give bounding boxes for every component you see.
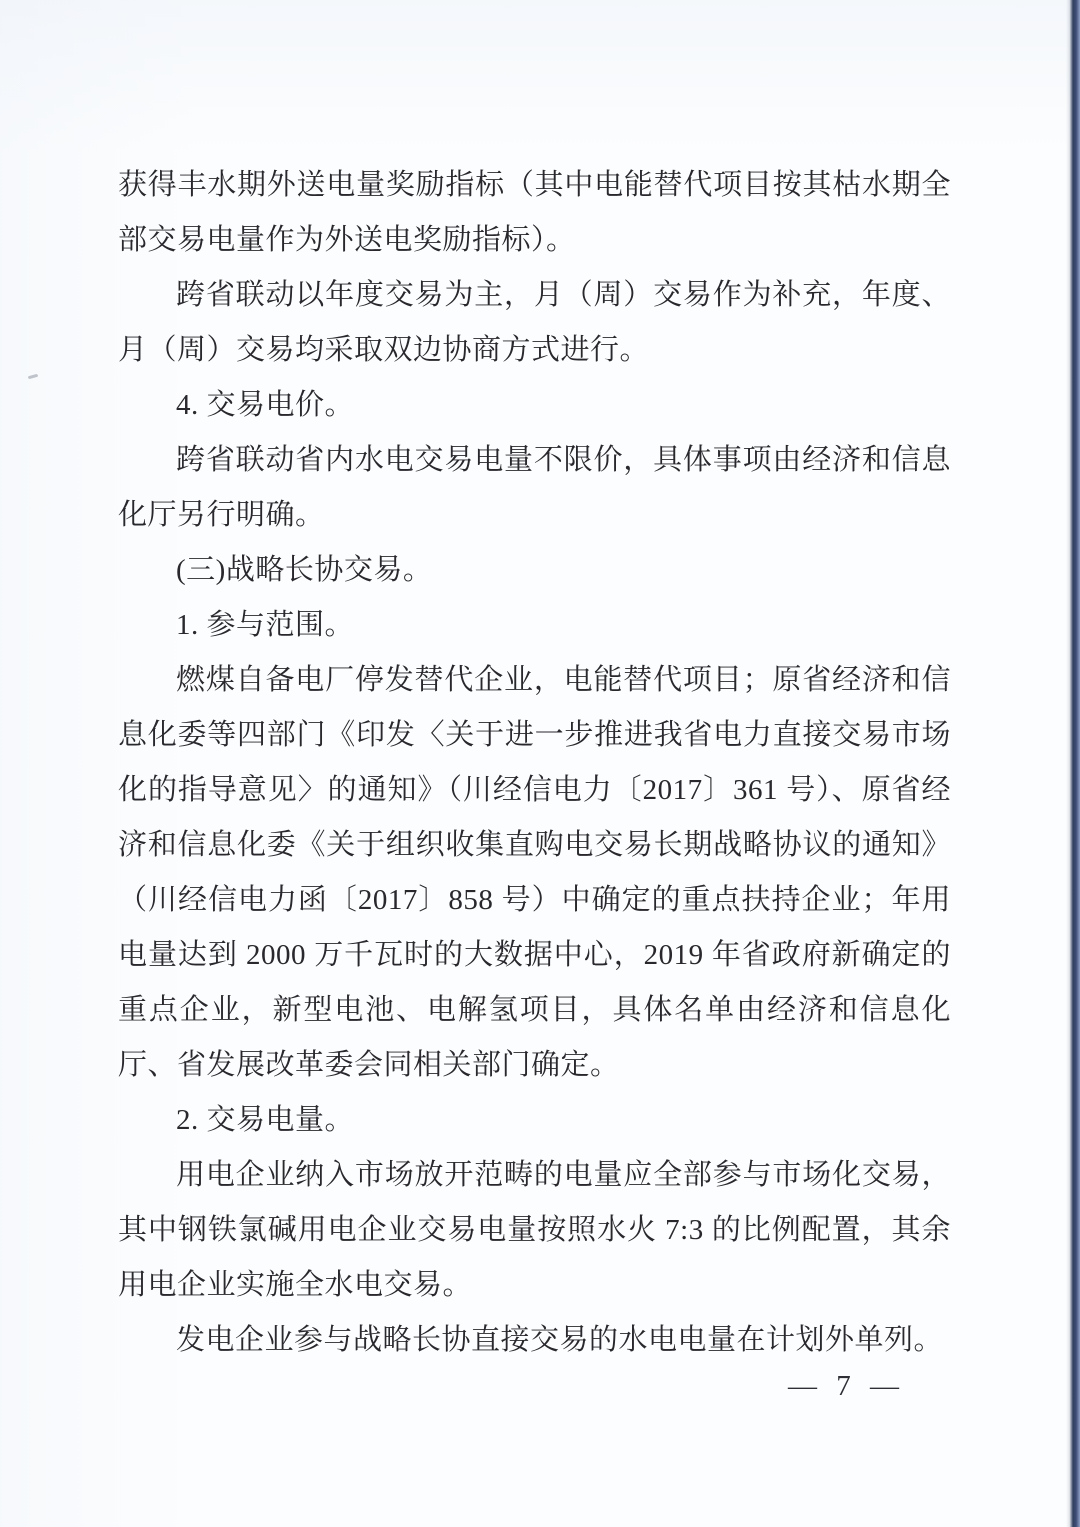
body-paragraph: 燃煤自备电厂停发替代企业，电能替代项目；原省经济和信息化委等四部门《印发〈关于进…	[118, 653, 951, 1093]
page-number: — 7 —	[788, 1366, 905, 1406]
page-body-text: 获得丰水期外送电量奖励指标（其中电能替代项目按其枯水期全部交易电量作为外送电奖励…	[118, 158, 951, 1368]
list-item-heading: 1. 参与范围。	[118, 598, 951, 653]
list-item-heading: 2. 交易电量。	[118, 1093, 951, 1148]
document-page: 获得丰水期外送电量奖励指标（其中电能替代项目按其枯水期全部交易电量作为外送电奖励…	[0, 0, 1080, 1527]
body-paragraph: 获得丰水期外送电量奖励指标（其中电能替代项目按其枯水期全部交易电量作为外送电奖励…	[118, 158, 951, 268]
body-paragraph: 跨省联动省内水电交易电量不限价，具体事项由经济和信息化厅另行明确。	[118, 433, 951, 543]
body-paragraph: 用电企业纳入市场放开范畴的电量应全部参与市场化交易，其中钢铁氯碱用电企业交易电量…	[118, 1148, 951, 1313]
list-item-heading: 4. 交易电价。	[118, 378, 951, 433]
scan-artifact	[28, 374, 38, 379]
section-heading: (三)战略长协交易。	[118, 543, 951, 598]
body-paragraph: 跨省联动以年度交易为主，月（周）交易作为补充，年度、月（周）交易均采取双边协商方…	[118, 268, 951, 378]
scan-edge-line	[1066, 0, 1080, 1527]
body-paragraph: 发电企业参与战略长协直接交易的水电电量在计划外单列。	[118, 1313, 951, 1368]
